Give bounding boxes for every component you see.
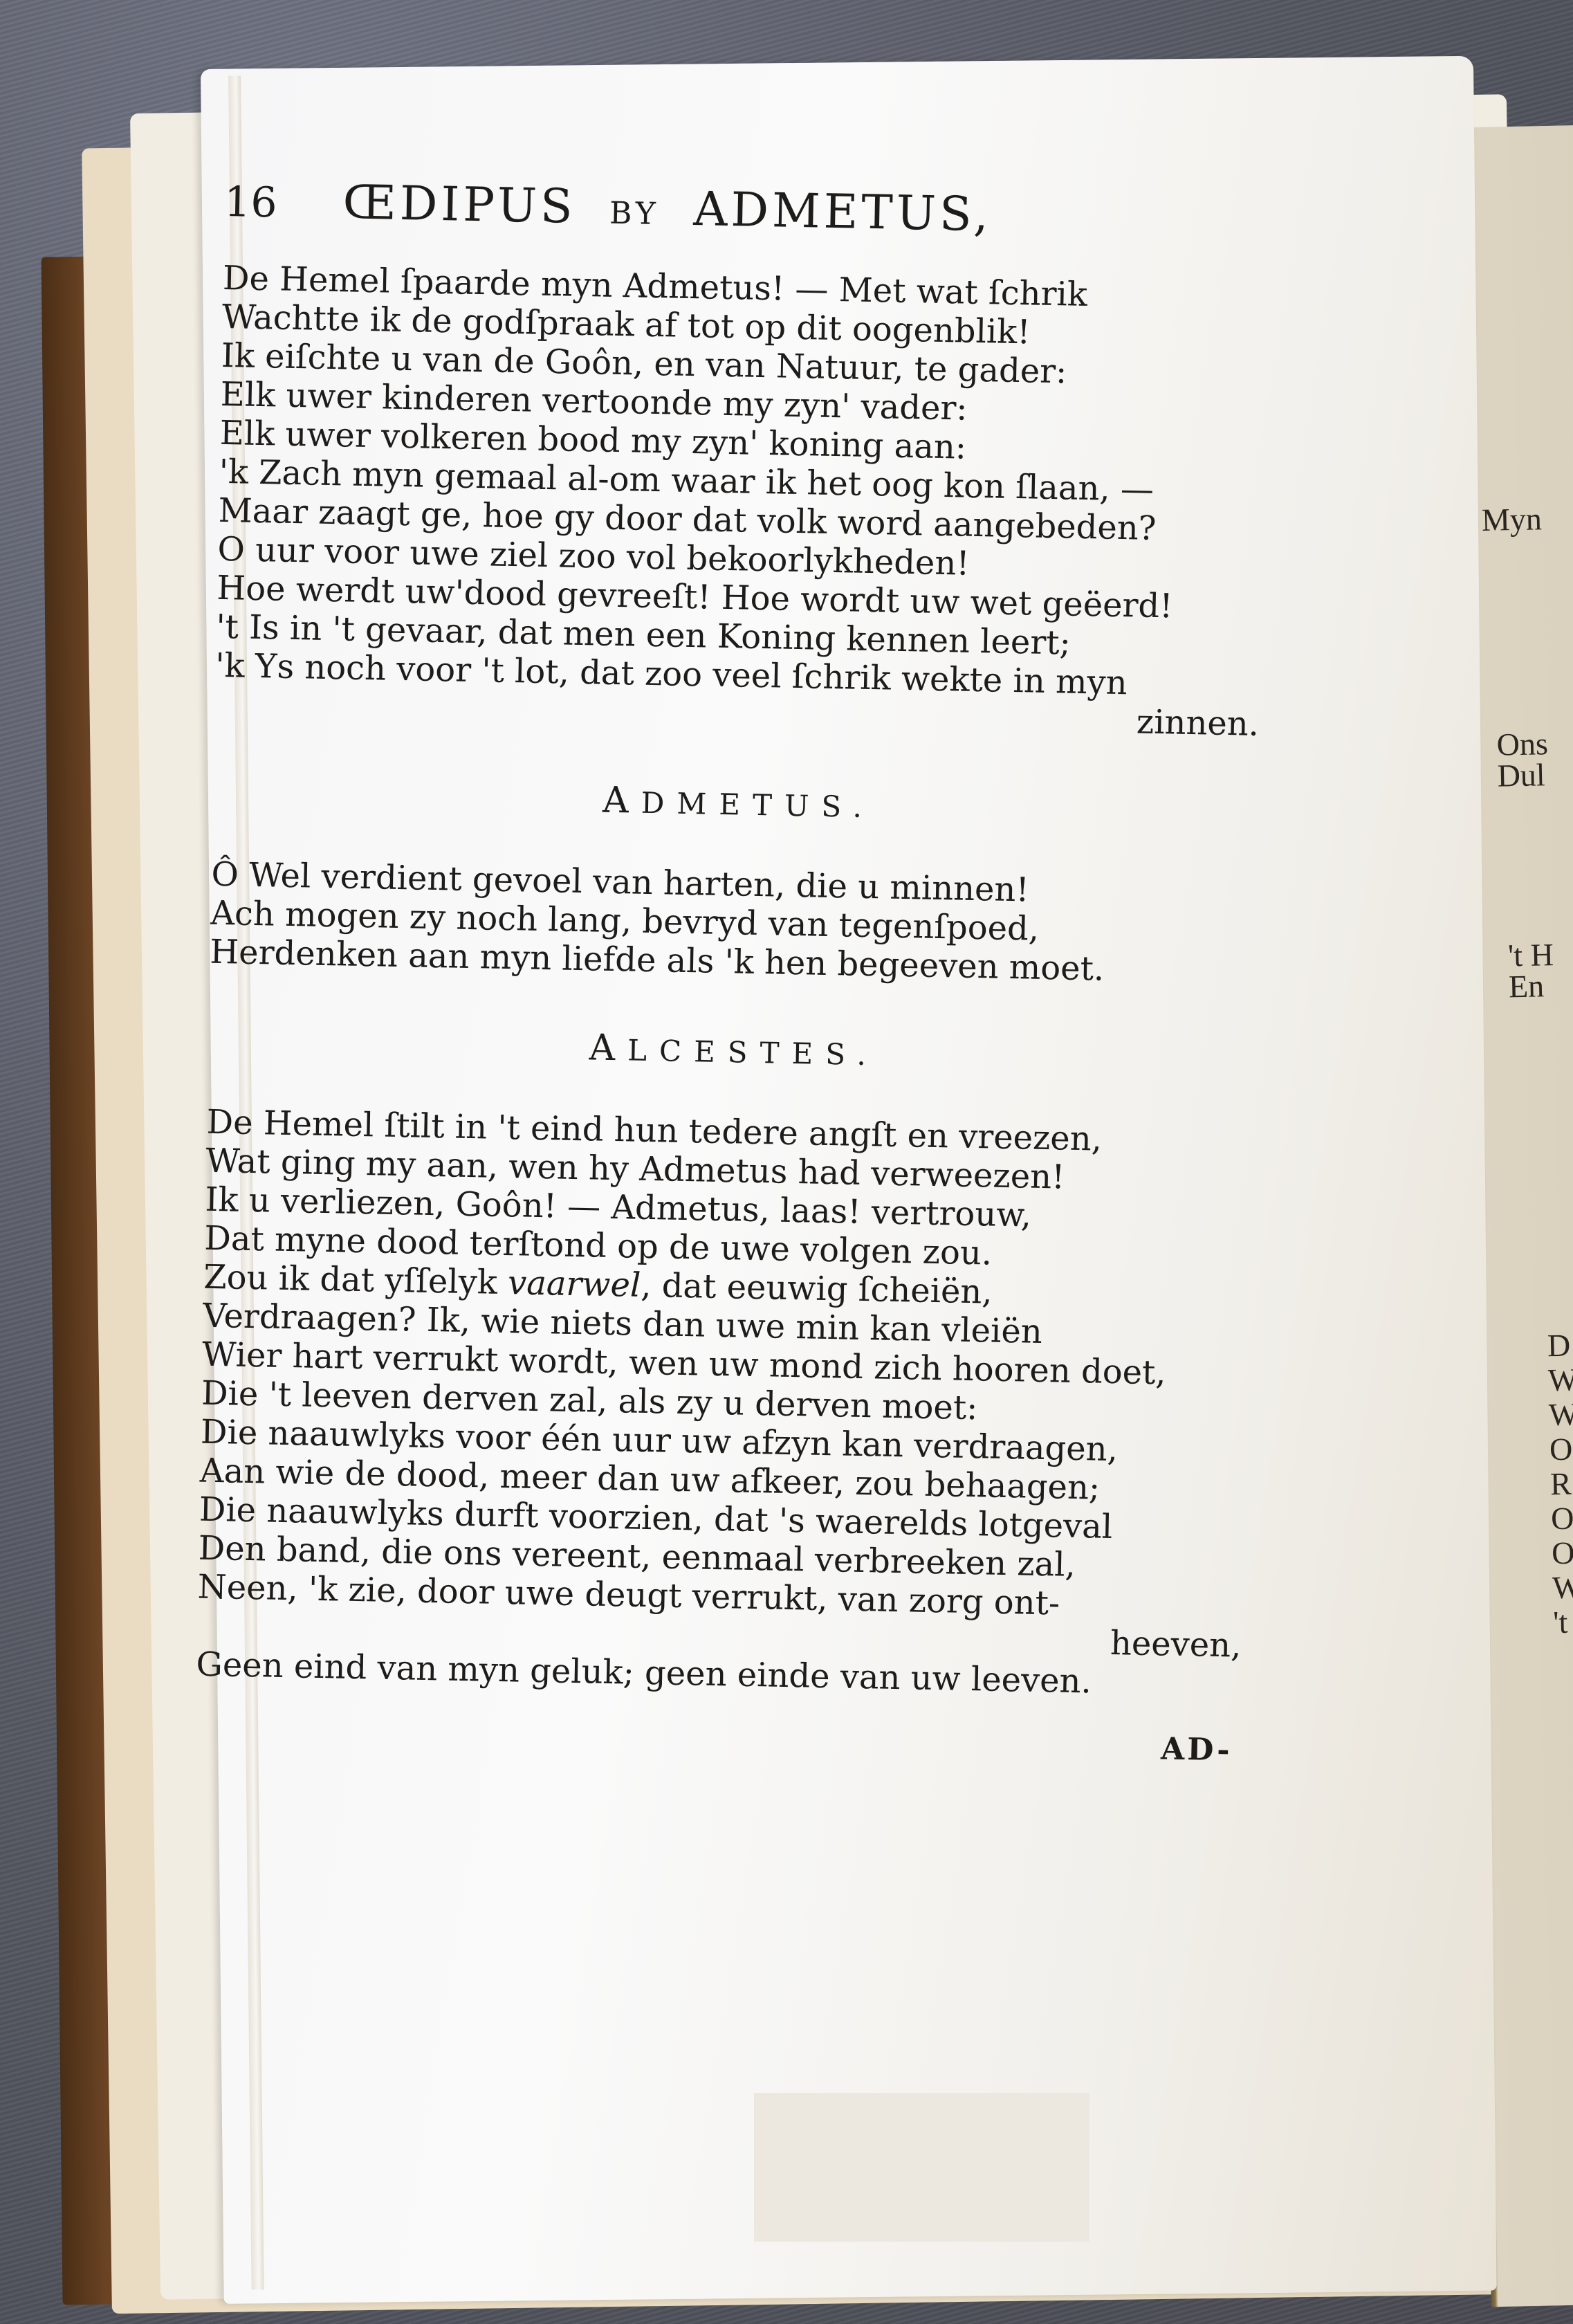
facing-fragment: O [1551, 1503, 1573, 1535]
redacted-region [754, 2093, 1089, 2242]
verse-text: , dat eeuwig ſcheiën, [641, 1266, 993, 1312]
page-number: 16 [224, 178, 278, 227]
speaker-name-rest: LCESTES. [627, 1033, 879, 1072]
running-title-part1: ŒDIPUS [342, 175, 577, 234]
verse-text: Zou ik dat yſſelyk [203, 1258, 508, 1302]
facing-fragment: D [1547, 1330, 1570, 1362]
running-title-part2: ADMETUS, [693, 182, 993, 242]
facing-fragment: Ons [1496, 728, 1548, 761]
facing-fragment: O [1552, 1537, 1573, 1570]
facing-fragment: W [1552, 1571, 1573, 1604]
facing-fragment: En [1509, 970, 1545, 1003]
speaker-initial: A [602, 780, 642, 822]
page-content: 16 ŒDIPUS BY ADMETUS, De Hemel ſpaarde m… [194, 173, 1276, 1768]
verse-block-1: De Hemel ſpaarde myn Admetus! — Met wat … [214, 259, 1275, 744]
facing-fragment: 't H [1508, 939, 1554, 971]
speaker-heading-admetus: ADMETUS. [212, 772, 1264, 834]
facing-fragment: Myn [1481, 503, 1542, 536]
facing-fragment: O [1549, 1434, 1573, 1466]
verse-block-2: Ô Wel verdient gevoel van harten, die u … [210, 855, 1263, 991]
italic-word: vaarwel [508, 1263, 641, 1305]
speaker-name-rest: DMETUS. [641, 786, 874, 824]
facing-fragment: R [1550, 1468, 1572, 1501]
running-title-connector: BY [609, 196, 661, 232]
speaker-heading-alcestes: ALCESTES. [208, 1020, 1260, 1081]
facing-fragment: W [1549, 1398, 1573, 1431]
facing-fragment: W [1547, 1364, 1573, 1396]
verse-block-3: De Hemel ſtilt in 't eind hun tedere ang… [196, 1103, 1258, 1704]
speaker-initial: A [589, 1027, 628, 1069]
facing-fragment: Dul [1497, 759, 1545, 792]
running-title: ŒDIPUS BY ADMETUS, [342, 175, 993, 242]
facing-fragment: 't [1553, 1607, 1568, 1638]
